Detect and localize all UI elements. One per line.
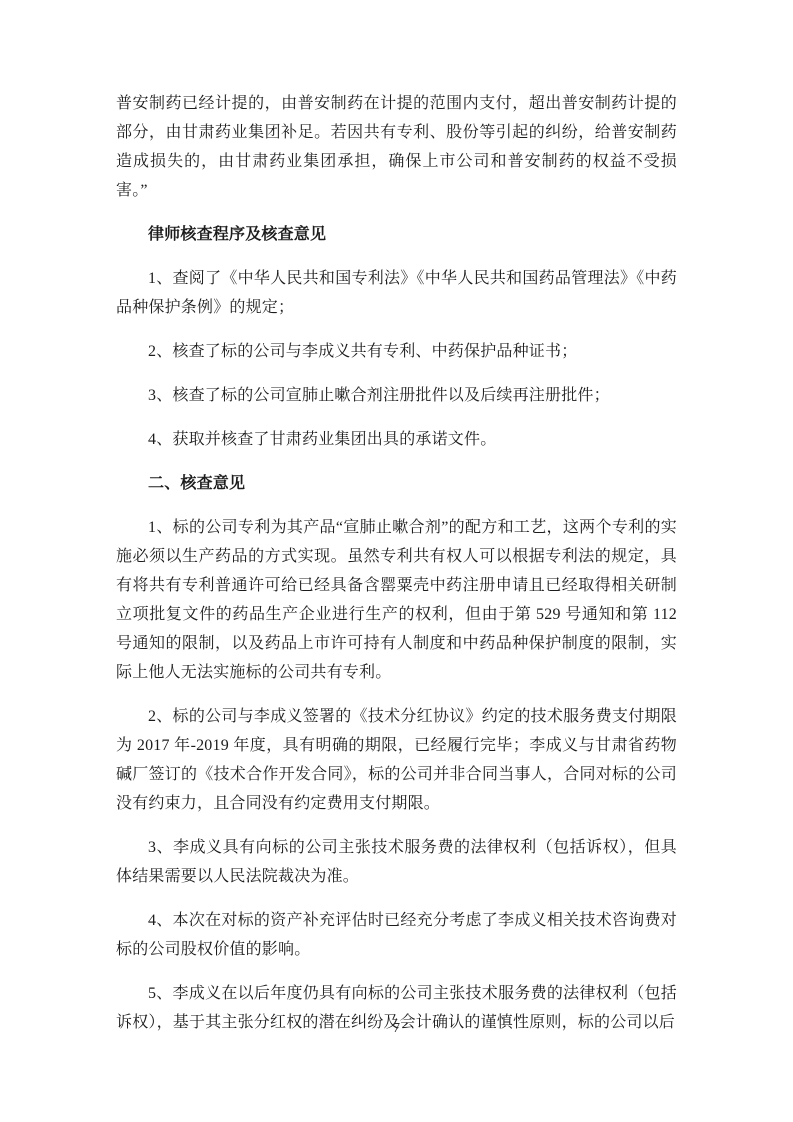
paragraph: 3、李成义具有向标的公司主张技术服务费的法律权利（包括诉权），但具体结果需要以人… [116, 833, 677, 891]
section-heading: 律师核查程序及核查意见 [116, 220, 677, 249]
page-number: 7 [393, 1021, 400, 1036]
document-body: 普安制药已经计提的，由普安制药在计提的范围内支付，超出普安制药计提的部分，由甘肃… [116, 89, 677, 1052]
paragraph: 3、核查了标的公司宣肺止嗽合剂注册批件以及后续再注册批件； [116, 381, 677, 410]
page-footer: 7 [0, 1019, 793, 1039]
document-page: 普安制药已经计提的，由普安制药在计提的范围内支付，超出普安制药计提的部分，由甘肃… [0, 0, 793, 1122]
paragraph: 1、查阅了《中华人民共和国专利法》《中华人民共和国药品管理法》《中药品种保护条例… [116, 264, 677, 322]
paragraph: 2、标的公司与李成义签署的《技术分红协议》约定的技术服务费支付期限为 2017 … [116, 702, 677, 818]
paragraph: 普安制药已经计提的，由普安制药在计提的范围内支付，超出普安制药计提的部分，由甘肃… [116, 89, 677, 205]
paragraph: 4、本次在对标的资产补充评估时已经充分考虑了李成义相关技术咨询费对标的公司股权价… [116, 906, 677, 964]
paragraph: 1、标的公司专利为其产品“宣肺止嗽合剂”的配方和工艺，这两个专利的实施必须以生产… [116, 513, 677, 687]
section-heading: 二、核查意见 [116, 469, 677, 498]
paragraph: 2、核查了标的公司与李成义共有专利、中药保护品种证书； [116, 337, 677, 366]
paragraph: 4、获取并核查了甘肃药业集团出具的承诺文件。 [116, 425, 677, 454]
